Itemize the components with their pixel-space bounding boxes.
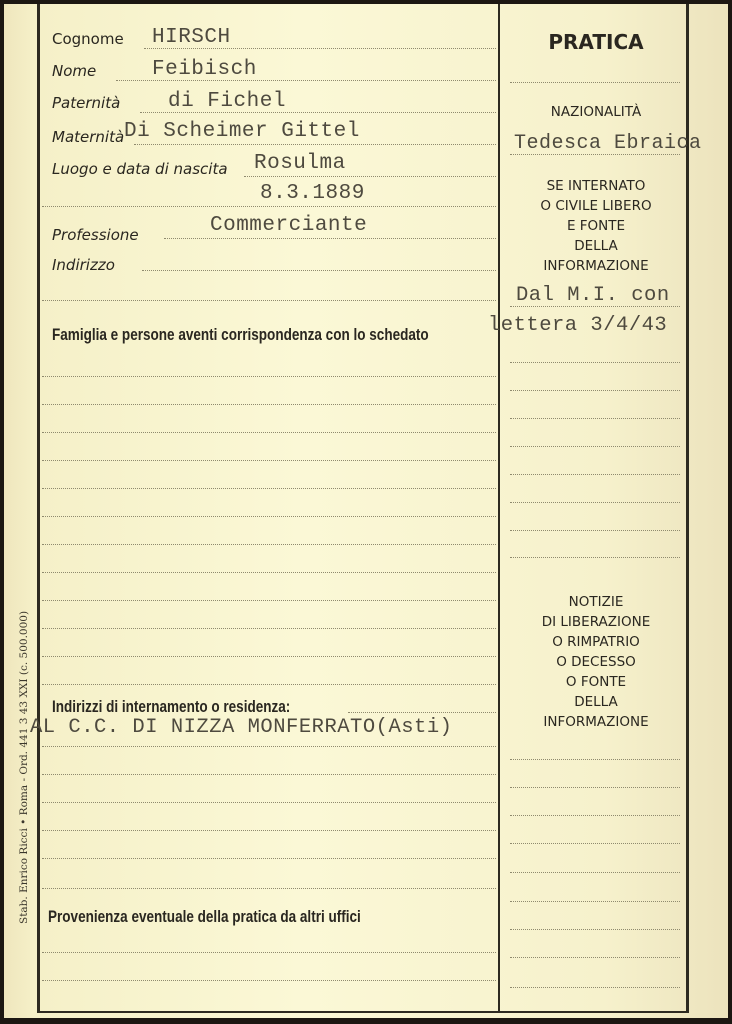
column-divider-line [498,4,500,1012]
paternita-line [140,112,496,113]
professione-line [164,238,496,239]
bottom-border-line [37,1011,689,1013]
left-border-line [37,4,40,1012]
maternita-value: Di Scheimer Gittel [124,120,360,143]
blank-line [42,300,496,301]
data-nascita-value: 8.3.1889 [260,182,365,205]
cognome-value: HIRSCH [152,26,231,49]
maternita-line [134,144,496,145]
notizie-label: NOTIZIE DI LIBERAZIONE O RIMPATRIO O DEC… [501,592,691,732]
se-internato-value-line1: Dal M.I. con [516,284,670,307]
nome-line [116,80,496,81]
data-nascita-line [42,206,496,207]
se-internato-label: SE INTERNATO O CIVILE LIBERO E FONTE DEL… [501,176,691,276]
right-column-border-line [686,4,689,1012]
luogo-data-nascita-label: Luogo e data di nascita [52,160,228,178]
indirizzi-internamento-line [348,712,496,713]
indirizzo-label: Indirizzo [52,256,115,274]
se-internato-value-line2: lettera 3/4/43 [488,314,667,337]
paternita-label: Paternità [52,94,120,112]
nome-value: Feibisch [152,58,257,81]
nazionalita-label: NAZIONALITÀ [501,102,691,122]
se-internato-line1 [510,306,680,307]
luogo-nascita-value: Rosulma [254,152,346,175]
pratica-line [510,82,680,83]
cognome-label: Cognome [52,30,124,48]
nome-label: Nome [52,62,96,80]
cognome-line [144,48,496,49]
professione-label: Professione [52,226,139,244]
indirizzi-internamento-label: Indirizzi di internamento o residenza: [52,698,290,717]
indirizzo-line [142,270,496,271]
nazionalita-line [510,154,680,155]
indirizzi-internamento-value: AL C.C. DI NIZZA MONFERRATO(Asti) [30,716,452,739]
index-card: Stab. Enrico Ricci • Roma - Ord. 441 3 4… [4,4,728,1018]
paternita-value: di Fichel [168,90,286,113]
provenienza-label: Provenienza eventuale della pratica da a… [48,908,361,927]
printer-note: Stab. Enrico Ricci • Roma - Ord. 441 3 4… [18,611,30,924]
maternita-label: Maternità [52,128,124,146]
famiglia-label: Famiglia e persone aventi corrispondenza… [52,326,429,345]
pratica-title: PRATICA [501,30,691,54]
professione-value: Commerciante [210,214,367,237]
luogo-nascita-line [244,176,496,177]
nazionalita-value: Tedesca Ebraica [514,132,702,155]
